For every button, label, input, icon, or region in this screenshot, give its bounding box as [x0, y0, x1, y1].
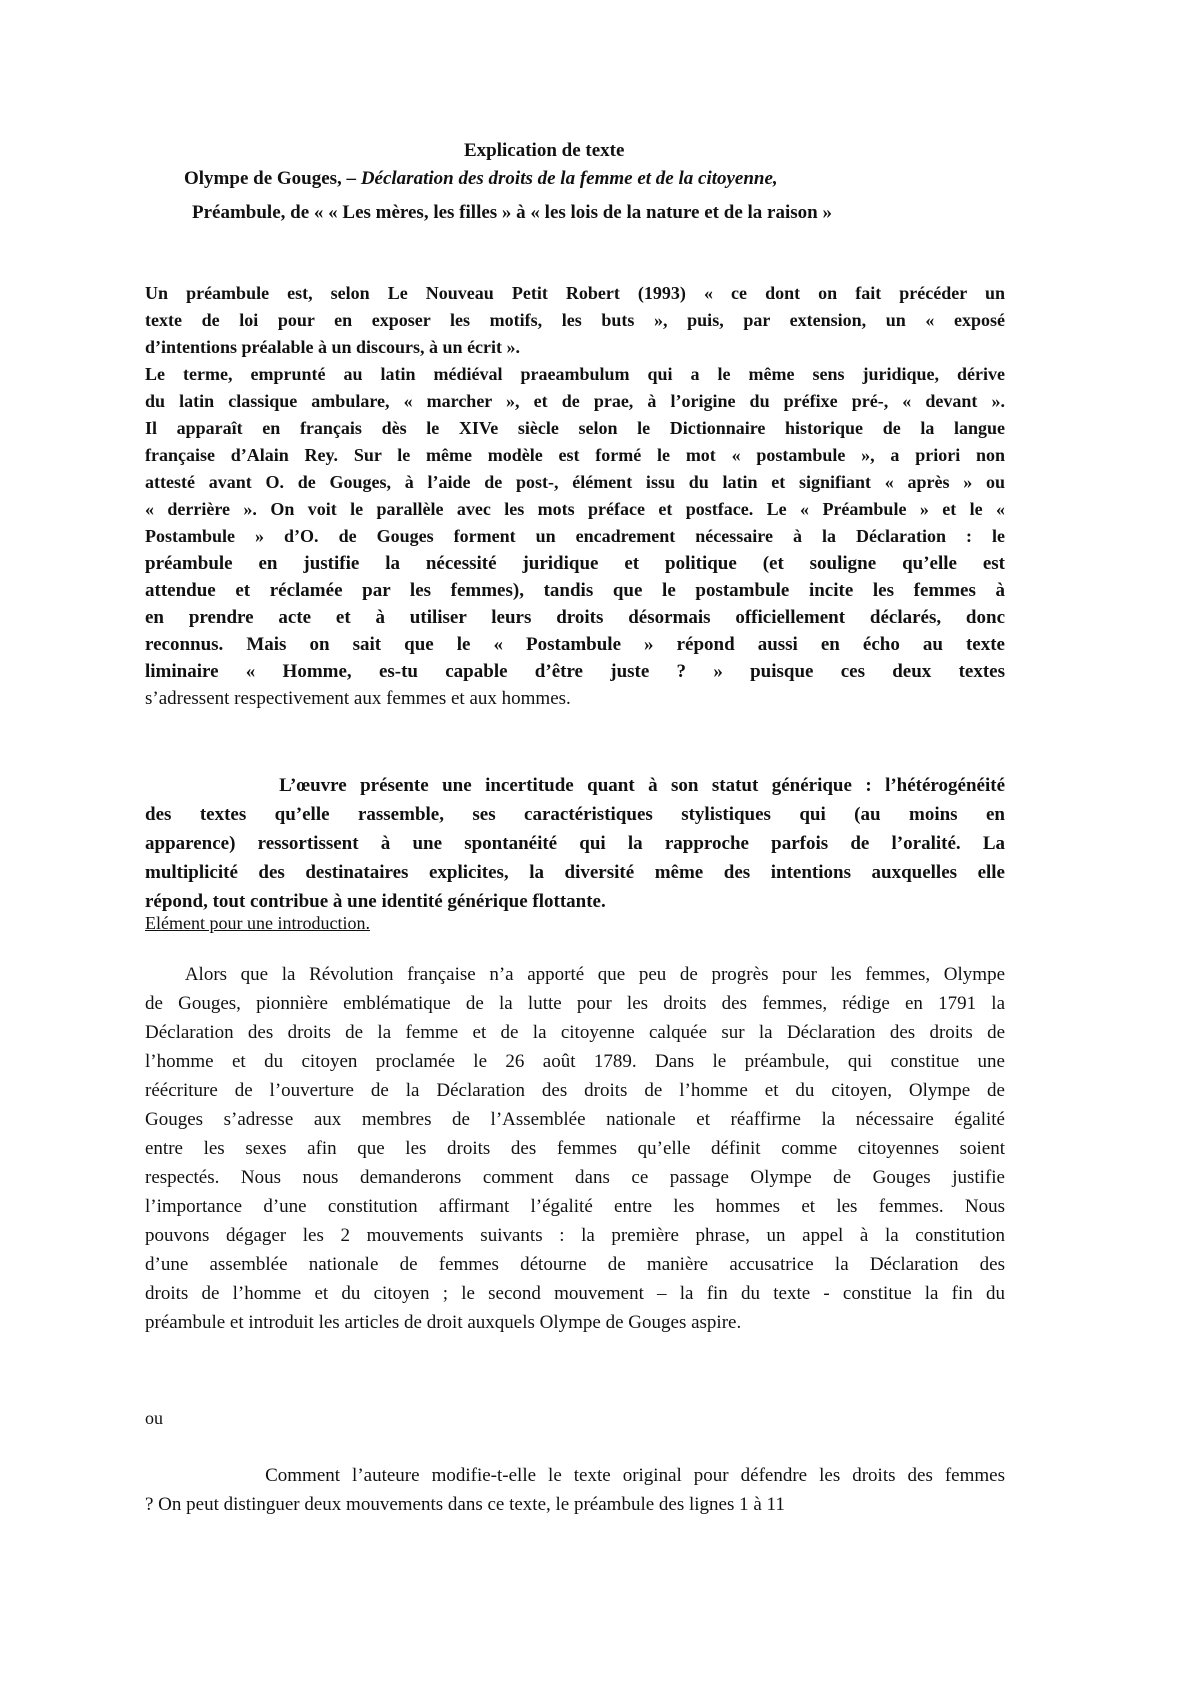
document-subtitle: Olympe de Gouges, – Déclaration des droi…	[184, 168, 778, 190]
subtitle-author: Olympe de Gouges, –	[184, 168, 361, 189]
text-line: du latin classique ambulare, « marcher »…	[145, 388, 1005, 415]
text-line: l’importance d’une constitution affirman…	[145, 1192, 1005, 1221]
text-line: Postambule » d’O. de Gouges forment un e…	[145, 523, 1005, 550]
text-line: pouvons dégager les 2 mouvements suivant…	[145, 1221, 1005, 1250]
text-line: Alors que la Révolution française n’a ap…	[145, 960, 1005, 989]
section-heading-introduction: Elément pour une introduction.	[145, 913, 370, 934]
text-line: Gouges s’adresse aux membres de l’Assemb…	[145, 1105, 1005, 1134]
text-line: préambule en justifie la nécessité jurid…	[145, 550, 1005, 577]
text-line: Le terme, emprunté au latin médiéval pra…	[145, 361, 1005, 388]
document-range: Préambule, de « « Les mères, les filles …	[192, 202, 832, 224]
text-line: attendue et réclamée par les femmes), ta…	[145, 577, 1005, 604]
text-line: Un préambule est, selon Le Nouveau Petit…	[145, 280, 1005, 307]
text-line: d’une assemblée nationale de femmes déto…	[145, 1250, 1005, 1279]
text-line: répond, tout contribue à une identité gé…	[145, 887, 1005, 916]
text-line: texte de loi pour en exposer les motifs,…	[145, 307, 1005, 334]
text-line: des textes qu’elle rassemble, ses caract…	[145, 800, 1005, 829]
paragraph-introduction: Alors que la Révolution française n’a ap…	[145, 960, 1005, 1337]
paragraph-generic-status: L’œuvre présente une incertitude quant à…	[145, 771, 1005, 916]
document-title: Explication de texte	[464, 140, 624, 162]
text-line: entre les sexes afin que les droits des …	[145, 1134, 1005, 1163]
text-line: s’adressent respectivement aux femmes et…	[145, 685, 1005, 712]
paragraph-problematique: Comment l’auteure modifie-t-elle le text…	[145, 1461, 1005, 1519]
text-line: multiplicité des destinataires explicite…	[145, 858, 1005, 887]
subtitle-work: Déclaration des droits de la femme et de…	[361, 168, 778, 189]
text-line: « derrière ». On voit le parallèle avec …	[145, 496, 1005, 523]
text-line: préambule et introduit les articles de d…	[145, 1308, 1005, 1337]
text-line: l’homme et du citoyen proclamée le 26 ao…	[145, 1047, 1005, 1076]
text-line: française d’Alain Rey. Sur le même modèl…	[145, 442, 1005, 469]
text-line: ? On peut distinguer deux mouvements dan…	[145, 1490, 1005, 1519]
text-line: Comment l’auteure modifie-t-elle le text…	[145, 1461, 1005, 1490]
text-line: de Gouges, pionnière emblématique de la …	[145, 989, 1005, 1018]
text-line: respectés. Nous nous demanderons comment…	[145, 1163, 1005, 1192]
paragraph-preambule-definition: Un préambule est, selon Le Nouveau Petit…	[145, 280, 1005, 712]
document-page: Explication de texte Olympe de Gouges, –…	[0, 0, 1200, 1694]
text-line: en prendre acte et à utiliser leurs droi…	[145, 604, 1005, 631]
text-line: Déclaration des droits de la femme et de…	[145, 1018, 1005, 1047]
text-line: Il apparaît en français dès le XIVe sièc…	[145, 415, 1005, 442]
text-line: d’intentions préalable à un discours, à …	[145, 334, 1005, 361]
text-line: attesté avant O. de Gouges, à l’aide de …	[145, 469, 1005, 496]
text-line: apparence) ressortissent à une spontanéi…	[145, 829, 1005, 858]
separator-word: ou	[145, 1408, 163, 1429]
text-line: liminaire « Homme, es-tu capable d’être …	[145, 658, 1005, 685]
text-line: droits de l’homme et du citoyen ; le sec…	[145, 1279, 1005, 1308]
text-line: L’œuvre présente une incertitude quant à…	[145, 771, 1005, 800]
text-line: reconnus. Mais on sait que le « Postambu…	[145, 631, 1005, 658]
text-line: réécriture de l’ouverture de la Déclarat…	[145, 1076, 1005, 1105]
